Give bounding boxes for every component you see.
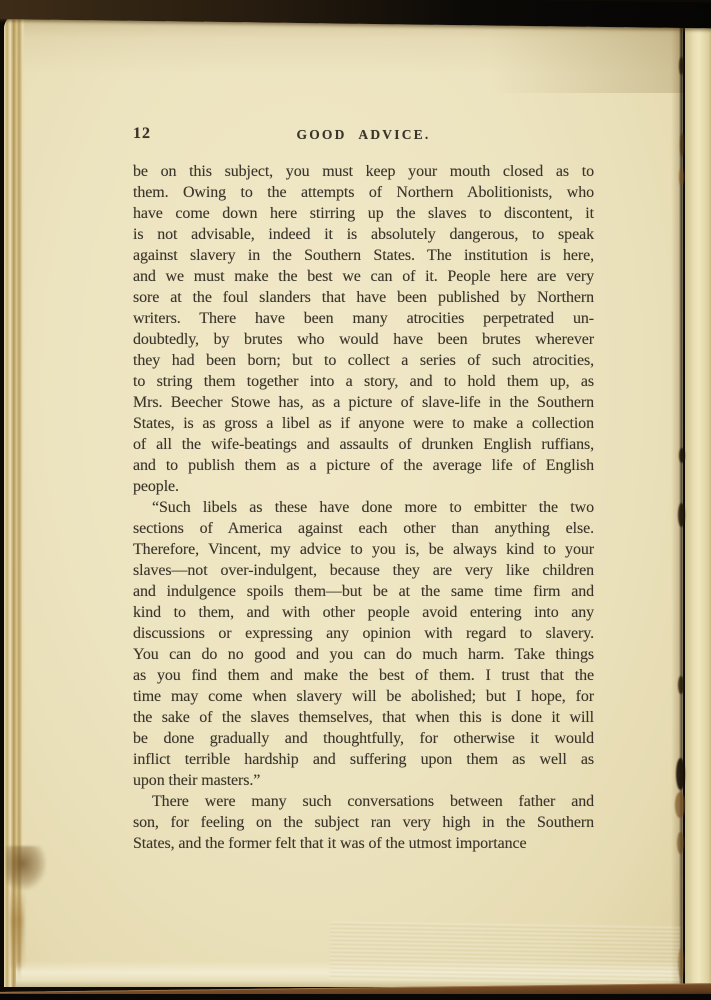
corner-stain <box>6 846 46 890</box>
text-line: States, is as gross a libel as if anyone… <box>133 413 594 434</box>
text-line: have come down here stirring up the slav… <box>133 203 594 224</box>
stain-mark <box>680 133 684 157</box>
gutter-stain <box>10 888 24 968</box>
stain-mark <box>675 792 685 818</box>
text-line: Therefore, Vincent, my advice to you is,… <box>133 539 594 560</box>
text-line: they had been born; but to collect a ser… <box>133 350 594 371</box>
text-line: son, for feeling on the subject ran very… <box>133 812 594 833</box>
stain-mark <box>679 57 684 75</box>
text-line: sore at the foul slanders that have been… <box>133 287 594 308</box>
stain-mark <box>678 948 684 978</box>
book-photo: 12 GOOD ADVICE. be on this subject, you … <box>0 0 711 1000</box>
fore-edge-page-stack <box>330 921 681 984</box>
text-line: States, and the former felt that it was … <box>133 833 594 854</box>
text-line: kind to them, and with other people avoi… <box>133 602 594 623</box>
text-line: against slavery in the Southern States. … <box>133 245 594 266</box>
gutter-shading <box>4 13 25 987</box>
text-line: is not advisable, indeed it is absolutel… <box>133 224 594 245</box>
text-line: to string them together into a story, an… <box>133 371 594 392</box>
text-line: upon their masters.” <box>133 770 594 791</box>
text-line: and we must make the best we can of it. … <box>133 266 594 287</box>
text-line: Mrs. Beecher Stowe has, as a picture of … <box>133 392 594 413</box>
running-head: 12 GOOD ADVICE. <box>133 125 594 145</box>
text-line: You can do no good and you can do much h… <box>133 644 594 665</box>
page-number: 12 <box>133 125 151 143</box>
text-line: and to publish them as a picture of the … <box>133 455 594 476</box>
text-line: sections of America against each other t… <box>133 518 594 539</box>
text-line: the sake of the slaves themselves, that … <box>133 707 594 728</box>
body-text: be on this subject, you must keep your m… <box>133 161 594 854</box>
stain-mark <box>678 676 684 694</box>
text-line: be done gradually and thoughtfully, for … <box>133 728 594 749</box>
page-edge-strip <box>685 20 711 986</box>
text-line: be on this subject, you must keep your m… <box>133 161 594 182</box>
text-line: There were many such conversations betwe… <box>133 791 594 812</box>
text-line: discussions or expressing any opinion wi… <box>133 623 594 644</box>
text-line: of all the wife-beatings and assaults of… <box>133 434 594 455</box>
running-title: GOOD ADVICE. <box>133 125 594 143</box>
text-line: them. Owing to the attempts of Northern … <box>133 182 594 203</box>
stain-mark <box>679 448 685 463</box>
text-line: as you find them and make the best of th… <box>133 665 594 686</box>
text-line: doubtedly, by brutes who would have been… <box>133 329 594 350</box>
text-line: slaves—not over-indulgent, because they … <box>133 560 594 581</box>
text-line: inflict terrible hardship and suffering … <box>133 749 594 770</box>
text-line: people. <box>133 476 594 497</box>
stain-mark <box>677 832 684 854</box>
stain-mark <box>676 758 685 790</box>
text-line: “Such libels as these have done more to … <box>133 497 594 518</box>
stain-mark <box>679 168 684 186</box>
background-shadow <box>0 994 711 1000</box>
text-line: writers. There have been many atrocities… <box>133 308 594 329</box>
stain-mark <box>678 503 685 527</box>
text-line: time may come when slavery will be aboli… <box>133 686 594 707</box>
text-line: and indulgence spoils them—but be at the… <box>133 581 594 602</box>
